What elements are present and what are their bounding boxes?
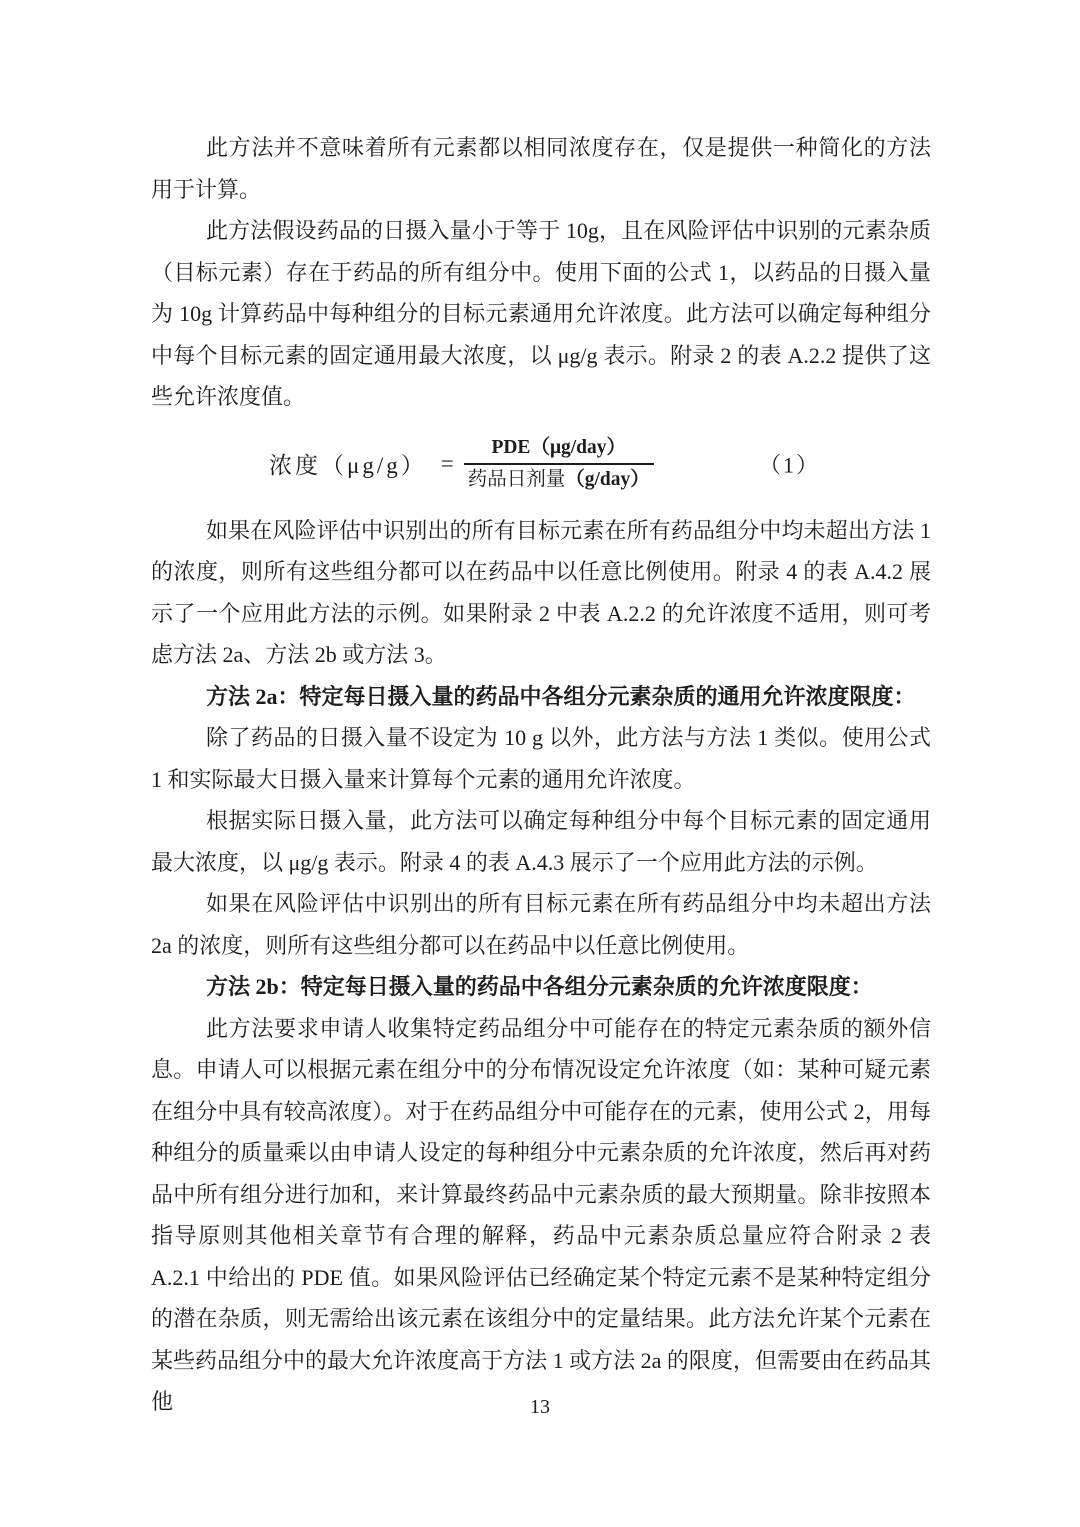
equals-sign: = xyxy=(441,451,454,477)
para-method1-application: 如果在风险评估中识别出的所有目标元素在所有药品组分中均未超出方法 1 的浓度，则… xyxy=(151,510,931,676)
fraction-denominator: 药品日剂量（g/day） xyxy=(464,465,654,492)
page-number: 13 xyxy=(0,1396,1080,1419)
para-method2b-description: 此方法要求申请人收集特定药品组分中可能存在的特定元素杂质的额外信息。申请人可以根… xyxy=(151,1008,931,1423)
fraction-denominator-label: 药品日剂量 xyxy=(468,469,566,490)
heading-method-2a: 方法 2a：特定每日摄入量的药品中各组分元素杂质的通用允许浓度限度： xyxy=(151,676,931,718)
equation-lhs: 浓度（μg/g） xyxy=(269,447,427,480)
para-method1-concentration-note: 此方法并不意味着所有元素都以相同浓度存在，仅是提供一种简化的方法用于计算。 xyxy=(151,127,931,210)
equation-fraction: PDE（μg/day） 药品日剂量（g/day） xyxy=(464,436,654,492)
fraction-numerator: PDE（μg/day） xyxy=(464,436,654,465)
para-method2a-application: 如果在风险评估中识别出的所有目标元素在所有药品组分中均未超出方法 2a 的浓度，… xyxy=(151,883,931,966)
heading-method-2b: 方法 2b：特定每日摄入量的药品中各组分元素杂质的允许浓度限度： xyxy=(151,966,931,1008)
page-content: 此方法并不意味着所有元素都以相同浓度存在，仅是提供一种简化的方法用于计算。 此方… xyxy=(151,127,931,1423)
para-method1-assumption: 此方法假设药品的日摄入量小于等于 10g，且在风险评估中识别的元素杂质（目标元素… xyxy=(151,210,931,418)
para-method2a-description: 除了药品的日摄入量不设定为 10 g 以外，此方法与方法 1 类似。使用公式 1… xyxy=(151,717,931,800)
fraction-denominator-unit: （g/day） xyxy=(565,469,650,490)
document-page: 此方法并不意味着所有元素都以相同浓度存在，仅是提供一种简化的方法用于计算。 此方… xyxy=(0,0,1080,1527)
equation-1: 浓度（μg/g） = PDE（μg/day） 药品日剂量（g/day） （1） xyxy=(151,418,931,510)
para-method2a-calculation: 根据实际日摄入量，此方法可以确定每种组分中每个目标元素的固定通用最大浓度，以 μ… xyxy=(151,800,931,883)
equation-number: （1） xyxy=(759,448,820,479)
